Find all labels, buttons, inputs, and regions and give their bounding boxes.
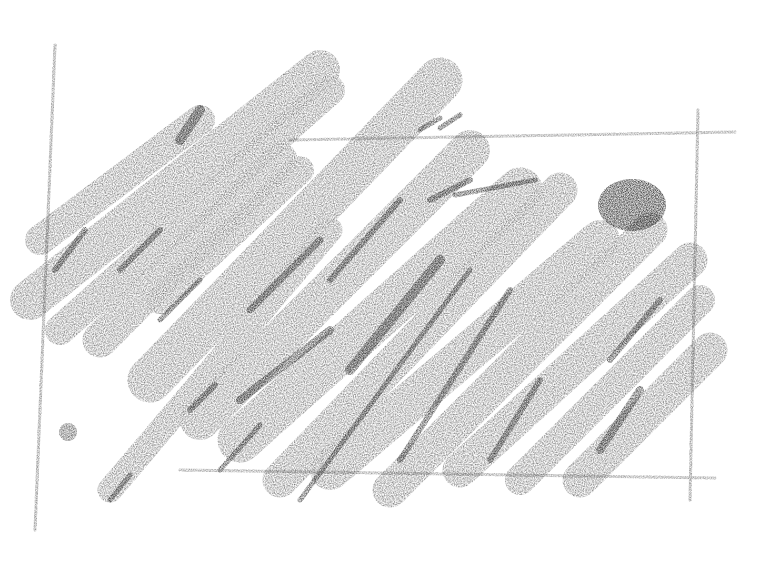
charcoal-scribble-artwork xyxy=(0,0,770,578)
scribble-svg xyxy=(0,0,770,578)
